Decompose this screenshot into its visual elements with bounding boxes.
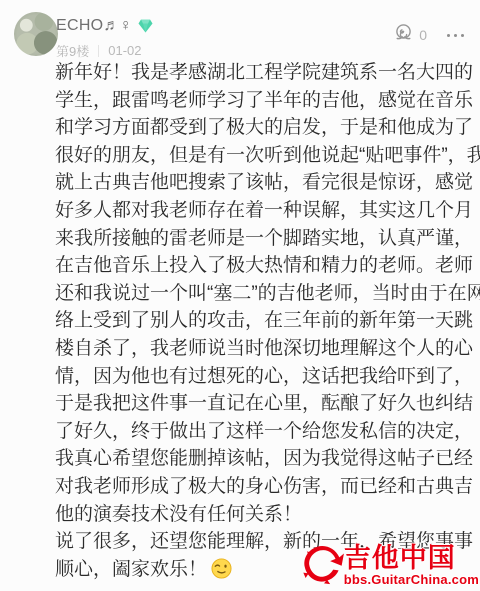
flower-gift-icon: [392, 22, 415, 48]
post-text-line: 好多人都对我老师存在着一种误解，其实这几个月: [55, 197, 480, 225]
post-date: 01-02: [108, 43, 141, 58]
avatar[interactable]: [14, 12, 58, 56]
post-meta: 第9楼 01-02: [56, 41, 141, 60]
post-text-line: 新年好！我是孝感湖北工程学院建筑系一名大四的: [55, 59, 480, 87]
dragon-logo-icon: [301, 541, 347, 589]
post-text-line: 他的演奏技术没有任何关系！: [55, 501, 480, 529]
post-text-line: 于是我把这件事一直记在心里，酝酿了好久也纠结: [55, 390, 480, 418]
post-text-line: 我真心希望您能删掉该帖，因为我觉得这帖子已经: [55, 445, 480, 473]
meta-divider: [98, 45, 99, 57]
username[interactable]: ECHO♬♀: [56, 17, 132, 35]
post-text-line: 络上受到了别人的攻击，在三年前的新年第一天跳: [55, 307, 480, 335]
wink-emoji: [211, 558, 232, 579]
site-name: 吉他中国: [344, 545, 456, 572]
post-text-line: 还和我说过一个叫“塞二”的吉他老师，当时由于在网: [55, 280, 480, 308]
give-flower-button[interactable]: 0: [392, 22, 427, 48]
more-options-icon: [447, 34, 450, 37]
forum-post-card: ECHO♬♀ 第9楼 01-02 0: [0, 0, 480, 591]
member-gem-badge-icon: [138, 19, 153, 33]
post-body: 新年好！我是孝感湖北工程学院建筑系一名大四的学生，跟雷鸣老师学习了半年的吉他，感…: [55, 59, 480, 583]
post-text-line: 在吉他音乐上投入了极大热情和精力的老师。老师: [55, 252, 480, 280]
post-text-line: 楼自杀了，我老师说当时他深切地理解这个人的心: [55, 335, 480, 363]
site-url: bbs.GuitarChina.com: [344, 573, 479, 586]
post-text-line: 就上古典吉他吧搜索了该帖，看完很是惊讶，感觉: [55, 169, 480, 197]
post-text-line: 学生，跟雷鸣老师学习了半年的吉他，感觉在音乐: [55, 87, 480, 115]
post-text-line: 对我老师形成了极大的身心伤害，而已经和古典吉: [55, 473, 480, 501]
watermark-text: 吉他中国 bbs.GuitarChina.com: [344, 545, 479, 586]
site-watermark: 吉他中国 bbs.GuitarChina.com: [301, 541, 479, 589]
post-text-line: 情，因为他也有过想死的心，这话把我给吓到了，: [55, 363, 480, 391]
post-actions: 0: [392, 22, 466, 48]
post-text-line: 很好的朋友，但是有一次听到他说起“贴吧事件”，我: [55, 142, 480, 170]
more-options-button[interactable]: [445, 32, 466, 39]
flower-count: 0: [419, 27, 427, 43]
post-text-line: 和学习方面都受到了极大的启发，于是和他成为了: [55, 114, 480, 142]
floor-label: 第9楼: [56, 41, 89, 60]
author-row: ECHO♬♀: [56, 17, 153, 35]
post-text-line: 来我所接触的雷老师是一个脚踏实地，认真严谨，: [55, 225, 480, 253]
post-text-line: 了好久，终于做出了这样一个给您发私信的决定，: [55, 418, 480, 446]
